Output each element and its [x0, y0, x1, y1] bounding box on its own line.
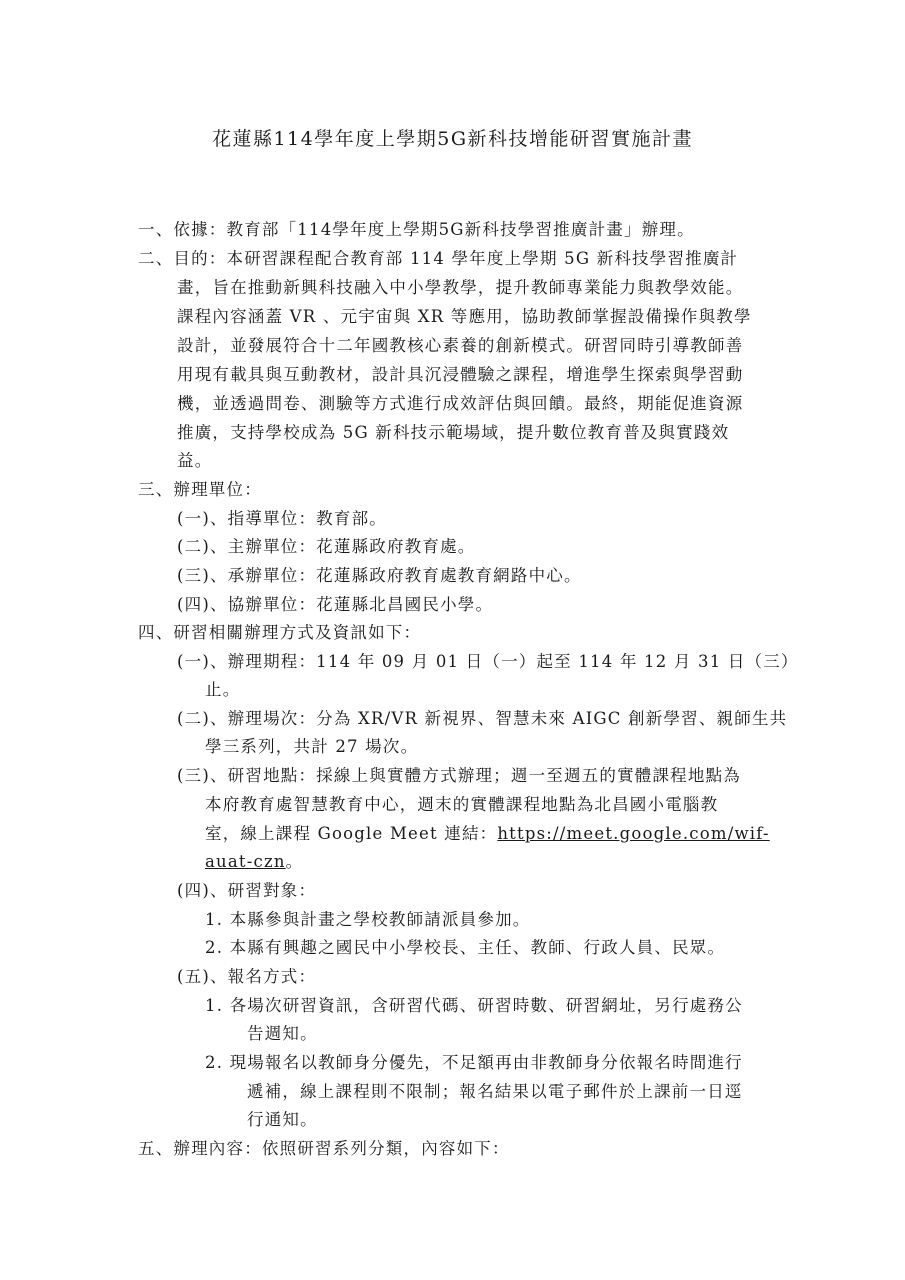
schedule: (一)、辦理期程：114 年 09 月 01 日（一）起至 114 年 12 月… [177, 651, 799, 673]
location: (三)、研習地點：採線上與實體方式辦理；週一至週五的實體課程地點為 [177, 765, 741, 787]
participant-item: 2. 本縣有興趣之國民中小學校長、主任、教師、行政人員、民眾。 [205, 937, 725, 959]
purpose-line: 用現有載具與互動教材，設計具沉浸體驗之課程，增進學生探索與學習動 [177, 364, 743, 386]
location-cont: 室，線上課程 Google Meet 連結：https://meet.googl… [205, 823, 770, 845]
registration-item: 1. 各場次研習資訊，含研習代碼、研習時數、研習網址，另行處務公 [205, 995, 743, 1017]
unit-executor: (三)、承辦單位：花蓮縣政府教育處教育網路中心。 [177, 565, 582, 587]
google-meet-link[interactable]: https://meet.google.com/wif- [497, 824, 769, 843]
registration-item-cont: 遞補，線上課程則不限制；報名結果以電子郵件於上課前一日逕 [247, 1081, 743, 1103]
period: 。 [286, 852, 304, 871]
schedule-cont: 止。 [205, 679, 240, 701]
section-5-content: 五、辦理內容：依照研習系列分類，內容如下： [138, 1138, 510, 1160]
unit-supervising: (一)、指導單位：教育部。 [177, 508, 387, 530]
location-cont: 本府教育處智慧教育中心，週末的實體課程地點為北昌國小電腦教 [205, 794, 718, 816]
location-cont: auat-czn。 [205, 851, 303, 873]
section-4-info: 四、研習相關辦理方式及資訊如下： [138, 622, 421, 644]
document-title: 花蓮縣114學年度上學期5G新科技增能研習實施計畫 [0, 124, 905, 151]
participant-item: 1. 本縣參與計畫之學校教師請派員參加。 [205, 909, 531, 931]
sessions-cont: 學三系列，共計 27 場次。 [205, 736, 418, 758]
section-2-purpose: 二、目的：本研習課程配合教育部 114 學年度上學期 5G 新科技學習推廣計 [138, 248, 738, 270]
purpose-line: 益。 [177, 450, 212, 472]
location-online-label: 室，線上課程 Google Meet 連結： [205, 824, 497, 843]
registration-item-cont: 行通知。 [247, 1109, 318, 1131]
registration: (五)、報名方式： [177, 966, 316, 988]
purpose-line: 推廣，支持學校成為 5G 新科技示範場域，提升數位教育普及與實踐效 [177, 422, 729, 444]
purpose-line: 設計，並發展符合十二年國教核心素養的創新模式。研習同時引導教師善 [177, 335, 743, 357]
document-page: 花蓮縣114學年度上學期5G新科技增能研習實施計畫 一、依據：教育部「114學年… [0, 0, 905, 1280]
registration-item-cont: 告週知。 [247, 1023, 318, 1045]
purpose-line: 畫，旨在推動新興科技融入中小學教學，提升教師專業能力與教學效能。 [177, 277, 743, 299]
participants: (四)、研習對象： [177, 880, 316, 902]
sessions: (二)、辦理場次：分為 XR/VR 新視界、智慧未來 AIGC 創新學習、親師生… [177, 708, 787, 730]
unit-organizer: (二)、主辦單位：花蓮縣政府教育處。 [177, 536, 475, 558]
section-3-units: 三、辦理單位： [138, 479, 262, 501]
section-1-basis: 一、依據：教育部「114學年度上學期5G新科技學習推廣計畫」辦理。 [138, 219, 695, 241]
purpose-line: 課程內容涵蓋 VR 、元宇宙與 XR 等應用，協助教師掌握設備操作與教學 [177, 306, 752, 328]
purpose-line: 機，並透過問卷、測驗等方式進行成效評估與回饋。最終，期能促進資源 [177, 393, 743, 415]
unit-co-organizer: (四)、協辦單位：花蓮縣北昌國民小學。 [177, 594, 493, 616]
registration-item: 2. 現場報名以教師身分優先，不足額再由非教師身分依報名時間進行 [205, 1052, 743, 1074]
google-meet-link-cont[interactable]: auat-czn [205, 852, 286, 871]
